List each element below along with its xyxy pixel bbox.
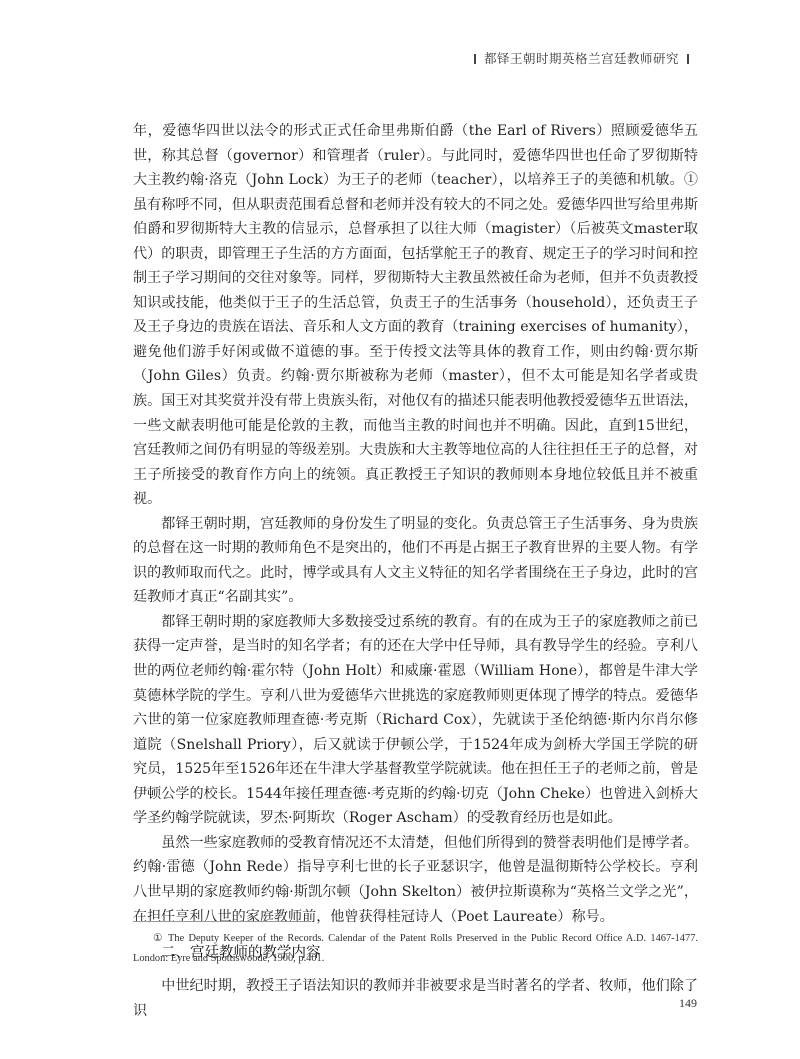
header-bar-right [687,54,689,64]
paragraph: 都铎王朝时期的家庭教师大多数接受过系统的教育。有的在成为王子的家庭教师之前已获得… [133,610,698,831]
footnote-divider [133,921,311,922]
paragraph: 都铎王朝时期，宫廷教师的身份发生了明显的变化。负责总管王子生活事务、身为贵族的总… [133,512,698,610]
body-text: 年，爱德华四世以法令的形式正式任命里弗斯伯爵（the Earl of River… [133,119,698,1023]
paragraph: 中世纪时期，教授王子语法知识的教师并非被要求是当时著名的学者、牧师，他们除了识 [133,974,698,1023]
page-number: 149 [679,996,697,1011]
paragraph: 虽然一些家庭教师的受教育情况还不太清楚，但他们所得到的赞誉表明他们是博学者。约翰… [133,831,698,929]
running-header: 都铎王朝时期英格兰宫廷教师研究 [466,49,697,67]
paragraph: 年，爱德华四世以法令的形式正式任命里弗斯伯爵（the Earl of River… [133,119,698,512]
running-title: 都铎王朝时期英格兰宫廷教师研究 [484,51,679,66]
footnotes: ① The Deputy Keeper of the Records. Cale… [133,929,698,969]
footnote: ① The Deputy Keeper of the Records. Cale… [133,929,698,969]
header-bar-left [474,54,476,64]
